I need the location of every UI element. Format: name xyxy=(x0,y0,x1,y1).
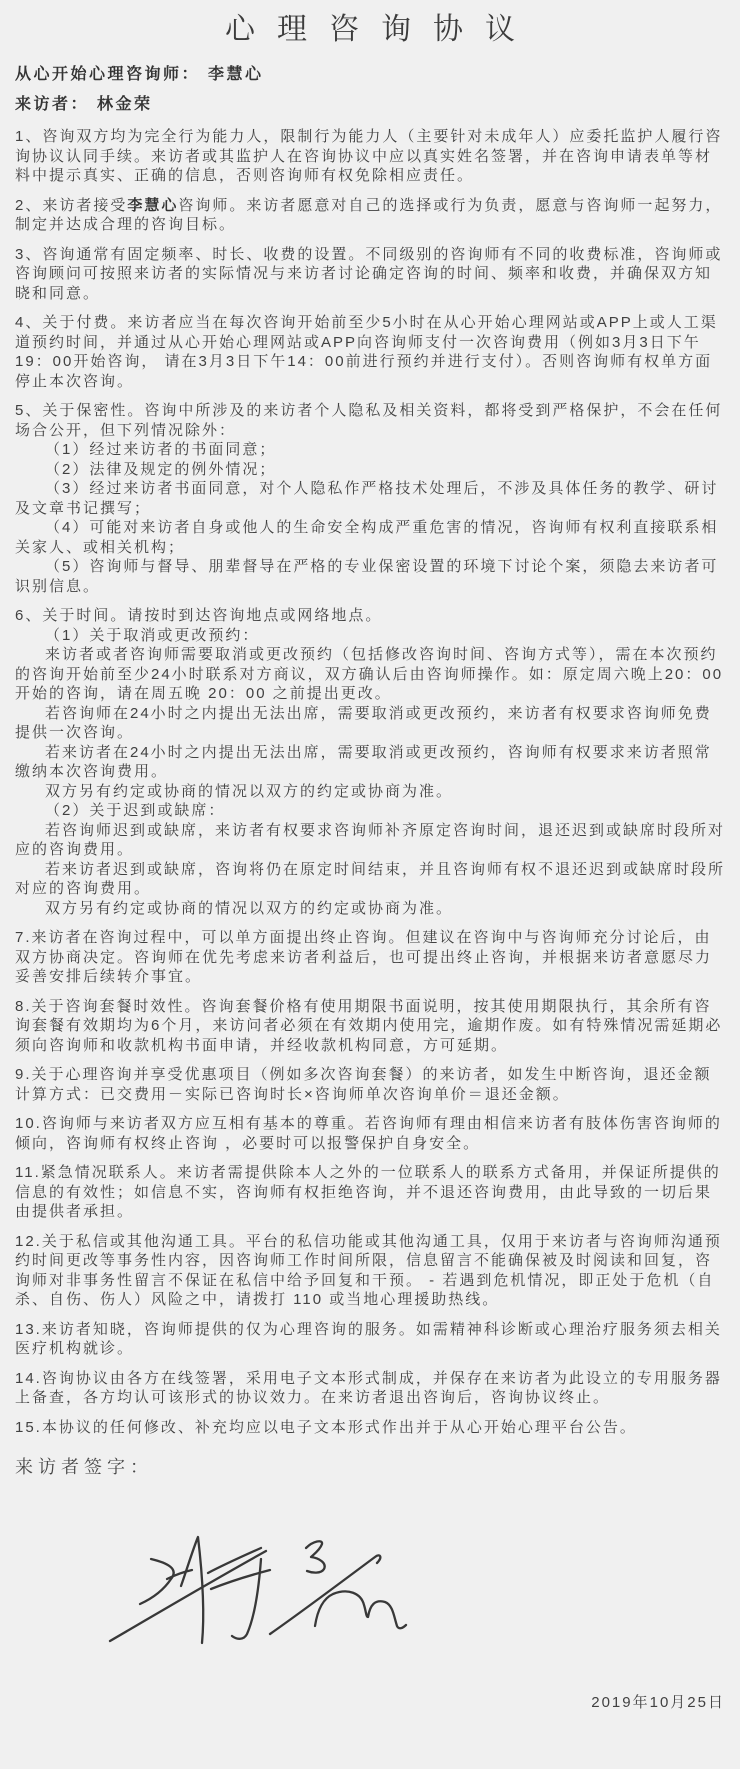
clause-paragraph: 1、咨询双方均为完全行为能力人，限制行为能力人（主要针对未成年人）应委托监护人履… xyxy=(15,127,725,186)
clause: 13.来访者知晓，咨询师提供的仅为心理咨询的服务。如需精神科诊断或心理治疗服务须… xyxy=(15,1320,725,1359)
clause: 6、关于时间。请按时到达咨询地点或网络地点。（1）关于取消或更改预约：来访者或者… xyxy=(15,606,725,918)
clause: 2、来访者接受李慧心咨询师。来访者愿意对自己的选择或行为负责，愿意与咨询师一起努… xyxy=(15,196,725,235)
clause-paragraph: 双方另有约定或协商的情况以双方的约定或协商为准。 xyxy=(15,782,725,802)
clause-list: 1、咨询双方均为完全行为能力人，限制行为能力人（主要针对未成年人）应委托监护人履… xyxy=(15,127,725,1437)
clause-paragraph: 7.来访者在咨询过程中，可以单方面提出终止咨询。但建议在咨询中与咨询师充分讨论后… xyxy=(15,928,725,987)
clause-paragraph: 15.本协议的任何修改、补充均应以电子文本形式作出并于从心开始心理平台公告。 xyxy=(15,1418,725,1438)
counselor-name-inline: 李慧心 xyxy=(127,197,178,214)
agreement-document: 心理咨询协议 从心开始心理咨询师：李慧心 来访者：林金荣 1、咨询双方均为完全行… xyxy=(15,10,725,1713)
clause: 9.关于心理咨询并享受优惠项目（例如多次咨询套餐）的来访者，如发生中断咨询，退还… xyxy=(15,1065,725,1104)
clause-paragraph: （4）可能对来访者自身或他人的生命安全构成严重危害的情况，咨询师有权利直接联系相… xyxy=(15,518,725,557)
clause-paragraph: （5）咨询师与督导、朋辈督导在严格的专业保密设置的环境下讨论个案，须隐去来访者可… xyxy=(15,557,725,596)
visitor-label: 来访者： xyxy=(15,96,89,113)
clause-paragraph: 若来访者迟到或缺席，咨询将仍在原定时间结束，并且咨询师有权不退还迟到或缺席时段所… xyxy=(15,860,725,899)
clause-paragraph: 10.咨询师与来访者双方应互相有基本的尊重。若咨询师有理由相信来访者有肢体伤害咨… xyxy=(15,1114,725,1153)
visitor-name: 林金荣 xyxy=(97,96,153,113)
clause-paragraph: 双方另有约定或协商的情况以双方的约定或协商为准。 xyxy=(15,899,725,919)
clause: 11.紧急情况联系人。来访者需提供除本人之外的一位联系人的联系方式备用，并保证所… xyxy=(15,1163,725,1222)
clause: 5、关于保密性。咨询中所涉及的来访者个人隐私及相关资料，都将受到严格保护，不会在… xyxy=(15,401,725,596)
clause-paragraph: 6、关于时间。请按时到达咨询地点或网络地点。 xyxy=(15,606,725,626)
counselor-name: 李慧心 xyxy=(208,66,264,83)
clause-paragraph: （2）法律及规定的例外情况； xyxy=(15,460,725,480)
clause-paragraph: 9.关于心理咨询并享受优惠项目（例如多次咨询套餐）的来访者，如发生中断咨询，退还… xyxy=(15,1065,725,1104)
handwritten-signature xyxy=(103,1531,435,1661)
clause: 4、关于付费。来访者应当在每次咨询开始前至少5小时在从心开始心理网站或APP上或… xyxy=(15,313,725,391)
clause-text: 2、来访者接受 xyxy=(15,197,127,214)
clause-paragraph: 12.关于私信或其他沟通工具。平台的私信功能或其他沟通工具，仅用于来访者与咨询师… xyxy=(15,1232,725,1310)
clause-paragraph: （1）经过来访者的书面同意； xyxy=(15,440,725,460)
counselor-line: 从心开始心理咨询师：李慧心 xyxy=(15,64,725,85)
clause: 8.关于咨询套餐时效性。咨询套餐价格有使用期限书面说明，按其使用期限执行，其余所… xyxy=(15,997,725,1056)
clause-paragraph: 8.关于咨询套餐时效性。咨询套餐价格有使用期限书面说明，按其使用期限执行，其余所… xyxy=(15,997,725,1056)
signature-date: 2019年10月25日 xyxy=(15,1693,725,1713)
clause: 3、咨询通常有固定频率、时长、收费的设置。不同级别的咨询师有不同的收费标准，咨询… xyxy=(15,245,725,304)
clause-paragraph: （2）关于迟到或缺席： xyxy=(15,801,725,821)
clause: 7.来访者在咨询过程中，可以单方面提出终止咨询。但建议在咨询中与咨询师充分讨论后… xyxy=(15,928,725,987)
clause: 1、咨询双方均为完全行为能力人，限制行为能力人（主要针对未成年人）应委托监护人履… xyxy=(15,127,725,186)
clause: 12.关于私信或其他沟通工具。平台的私信功能或其他沟通工具，仅用于来访者与咨询师… xyxy=(15,1232,725,1310)
clause-paragraph: 2、来访者接受李慧心咨询师。来访者愿意对自己的选择或行为负责，愿意与咨询师一起努… xyxy=(15,196,725,235)
page-title: 心理咨询协议 xyxy=(15,10,725,50)
clause-paragraph: （1）关于取消或更改预约： xyxy=(15,626,725,646)
clause: 15.本协议的任何修改、补充均应以电子文本形式作出并于从心开始心理平台公告。 xyxy=(15,1418,725,1438)
clause-paragraph: 4、关于付费。来访者应当在每次咨询开始前至少5小时在从心开始心理网站或APP上或… xyxy=(15,313,725,391)
clause-paragraph: 若咨询师在24小时之内提出无法出席，需要取消或更改预约，来访者有权要求咨询师免费… xyxy=(15,704,725,743)
clause-paragraph: （3）经过来访者书面同意，对个人隐私作严格技术处理后，不涉及具体任务的教学、研讨… xyxy=(15,479,725,518)
clause-paragraph: 若来访者在24小时之内提出无法出席，需要取消或更改预约，咨询师有权要求来访者照常… xyxy=(15,743,725,782)
clause-paragraph: 11.紧急情况联系人。来访者需提供除本人之外的一位联系人的联系方式备用，并保证所… xyxy=(15,1163,725,1222)
clause: 14.咨询协议由各方在线签署，采用电子文本形式制成，并保存在来访者为此设立的专用… xyxy=(15,1369,725,1408)
signature-label: 来访者签字： xyxy=(15,1455,725,1479)
clause-paragraph: 5、关于保密性。咨询中所涉及的来访者个人隐私及相关资料，都将受到严格保护，不会在… xyxy=(15,401,725,440)
signature-strokes-icon xyxy=(103,1531,435,1661)
clause-paragraph: 14.咨询协议由各方在线签署，采用电子文本形式制成，并保存在来访者为此设立的专用… xyxy=(15,1369,725,1408)
clause-paragraph: 13.来访者知晓，咨询师提供的仅为心理咨询的服务。如需精神科诊断或心理治疗服务须… xyxy=(15,1320,725,1359)
visitor-line: 来访者：林金荣 xyxy=(15,94,725,115)
clause: 10.咨询师与来访者双方应互相有基本的尊重。若咨询师有理由相信来访者有肢体伤害咨… xyxy=(15,1114,725,1153)
clause-paragraph: 若咨询师迟到或缺席，来访者有权要求咨询师补齐原定咨询时间，退还迟到或缺席时段所对… xyxy=(15,821,725,860)
clause-paragraph: 来访者或者咨询师需要取消或更改预约（包括修改咨询时间、咨询方式等），需在本次预约… xyxy=(15,645,725,704)
counselor-label: 从心开始心理咨询师： xyxy=(15,66,200,83)
clause-paragraph: 3、咨询通常有固定频率、时长、收费的设置。不同级别的咨询师有不同的收费标准，咨询… xyxy=(15,245,725,304)
